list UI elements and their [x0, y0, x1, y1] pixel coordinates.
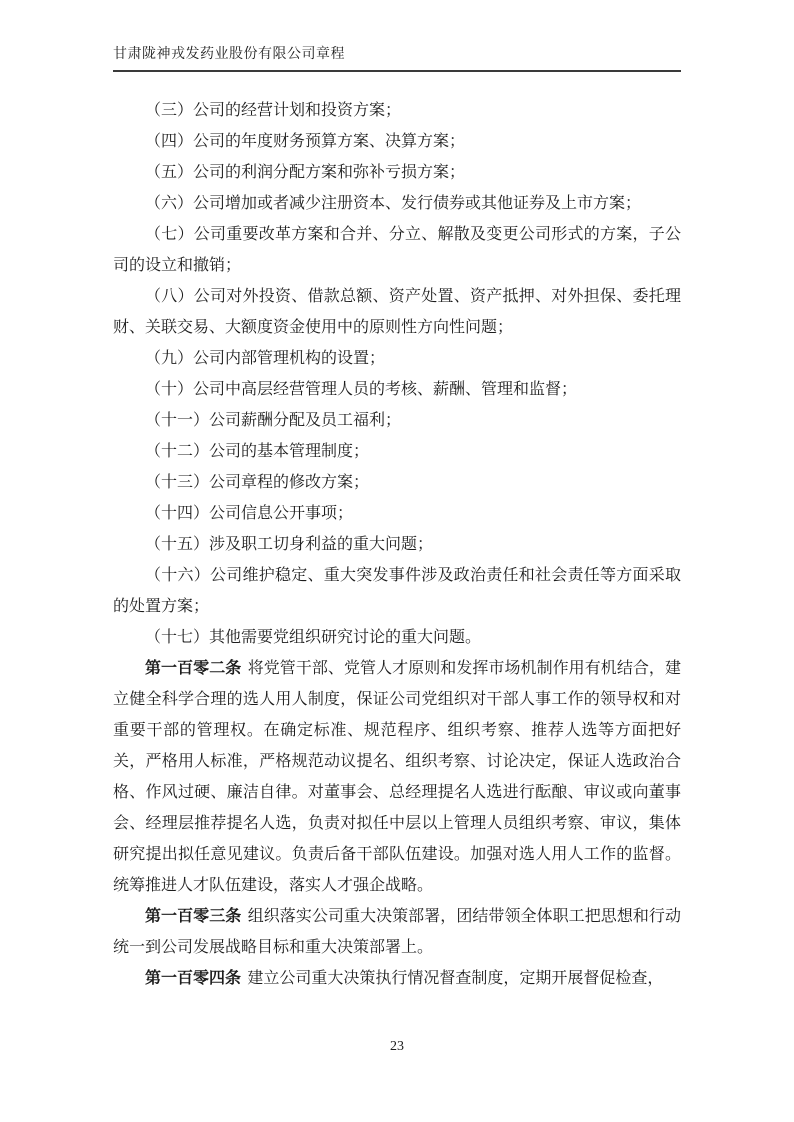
paragraph: 第一百零三条组织落实公司重大决策部署，团结带领全体职工把思想和行动统一到公司发展…: [113, 901, 681, 963]
page-header: 甘肃陇神戎发药业股份有限公司章程: [113, 46, 681, 72]
document-body: （三）公司的经营计划和投资方案；（四）公司的年度财务预算方案、决算方案；（五）公…: [113, 95, 681, 994]
document-page: 甘肃陇神戎发药业股份有限公司章程 （三）公司的经营计划和投资方案；（四）公司的年…: [0, 0, 794, 1122]
paragraph: （三）公司的经营计划和投资方案；: [113, 95, 681, 126]
paragraph: （十二）公司的基本管理制度；: [113, 436, 681, 467]
paragraph: （十）公司中高层经营管理人员的考核、薪酬、管理和监督；: [113, 374, 681, 405]
paragraph: （十四）公司信息公开事项；: [113, 498, 681, 529]
page-number: 23: [0, 1038, 794, 1056]
paragraph: （十五）涉及职工切身利益的重大问题；: [113, 529, 681, 560]
paragraph: （八）公司对外投资、借款总额、资产处置、资产抵押、对外担保、委托理财、关联交易、…: [113, 281, 681, 343]
paragraph: （十一）公司薪酬分配及员工福利；: [113, 405, 681, 436]
paragraph: （九）公司内部管理机构的设置；: [113, 343, 681, 374]
paragraph: （五）公司的利润分配方案和弥补亏损方案；: [113, 157, 681, 188]
paragraph: 第一百零四条建立公司重大决策执行情况督查制度，定期开展督促检查，: [113, 963, 681, 994]
paragraph: （七）公司重要改革方案和合并、分立、解散及变更公司形式的方案，子公司的设立和撤销…: [113, 219, 681, 281]
paragraph: （四）公司的年度财务预算方案、决算方案；: [113, 126, 681, 157]
header-title: 甘肃陇神戎发药业股份有限公司章程: [113, 47, 345, 62]
article-number: 第一百零二条: [145, 660, 241, 677]
paragraph: （十三）公司章程的修改方案；: [113, 467, 681, 498]
paragraph: （六）公司增加或者减少注册资本、发行债券或其他证券及上市方案；: [113, 188, 681, 219]
article-number: 第一百零三条: [145, 908, 241, 925]
paragraph: （十七）其他需要党组织研究讨论的重大问题。: [113, 622, 681, 653]
paragraph: （十六）公司维护稳定、重大突发事件涉及政治责任和社会责任等方面采取的处置方案；: [113, 560, 681, 622]
paragraph: 第一百零二条将党管干部、党管人才原则和发挥市场机制作用有机结合，建立健全科学合理…: [113, 653, 681, 901]
article-number: 第一百零四条: [145, 970, 241, 987]
